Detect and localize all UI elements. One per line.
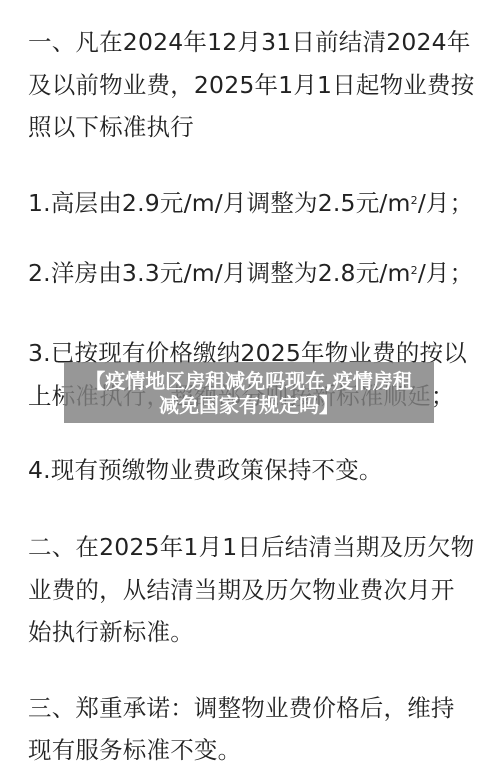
item-1-prefix: 1.高层由2.9元/m/月调整为2.5元/m <box>28 189 411 217</box>
item-1-suffix: /月； <box>418 189 474 217</box>
section-2-line-3: 始执行新标准。 <box>28 617 194 647</box>
section-1-line-1: 一、凡在2024年12月31日前结清2024年 <box>28 27 471 57</box>
document-image: 一、凡在2024年12月31日前结清2024年 及以前物业费，2025年1月1日… <box>0 0 500 783</box>
item-4-line-1: 4.现有预缴物业费政策保持不变。 <box>28 455 383 485</box>
item-1-superscript: 2 <box>411 194 418 207</box>
section-3-line-2: 现有服务标准不变。 <box>28 735 241 765</box>
item-2-suffix: /月； <box>418 259 474 287</box>
section-1-line-3: 照以下标准执行 <box>28 112 194 142</box>
section-3-line-1: 三、郑重承诺：调整物业费价格后，维持 <box>28 693 455 723</box>
section-2-line-2: 业费的，从结清当期及历欠物业费次月开 <box>28 575 455 605</box>
section-1-line-2: 及以前物业费，2025年1月1日起物业费按 <box>28 70 474 100</box>
overlay-title: 【疫情地区房租减免吗现在,疫情房租减免国家有规定吗】 <box>79 369 419 417</box>
item-2-superscript: 2 <box>411 264 418 277</box>
section-2-line-1: 二、在2025年1月1日后结清当期及历欠物 <box>28 532 474 562</box>
item-2-prefix: 2.洋房由3.3元/m/月调整为2.8元/m <box>28 259 411 287</box>
title-overlay: 【疫情地区房租减免吗现在,疫情房租减免国家有规定吗】 <box>64 362 434 423</box>
item-2: 2.洋房由3.3元/m/月调整为2.8元/m2/月； <box>28 258 473 288</box>
item-1: 1.高层由2.9元/m/月调整为2.5元/m2/月； <box>28 188 473 218</box>
